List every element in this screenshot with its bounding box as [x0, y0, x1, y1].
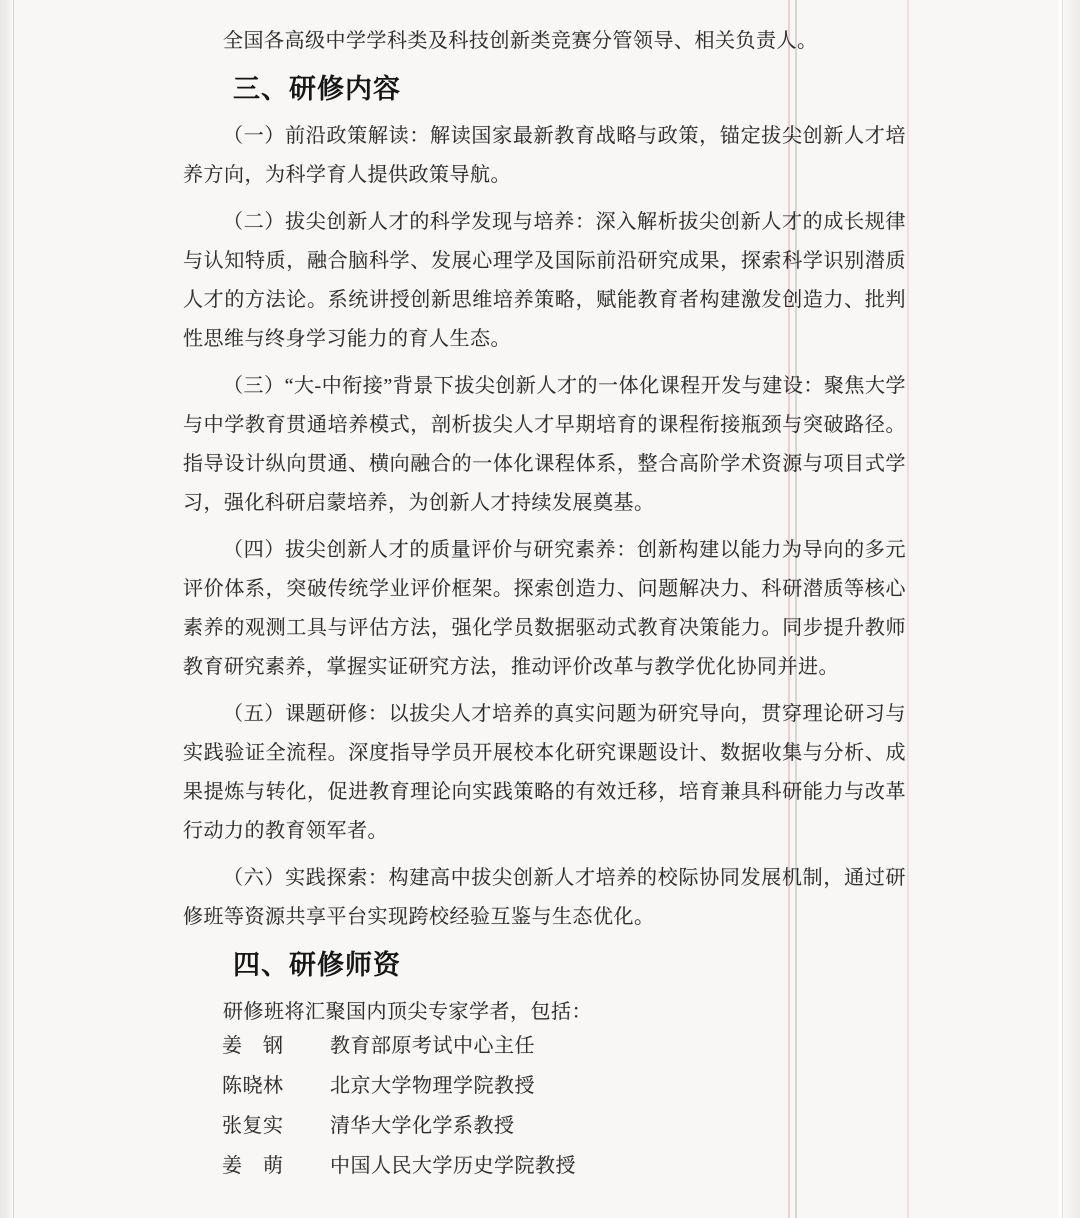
section-heading-faculty: 四、研修师资 [183, 945, 906, 985]
page-left-edge-shadow [0, 0, 14, 1218]
content-paragraph-5: （五）课题研修：以拔尖人才培养的真实问题为研究导向，贯穿理论研习与实践验证全流程… [183, 695, 906, 851]
content-paragraph-3: （三）“大-中衔接”背景下拔尖创新人才的一体化课程开发与建设：聚焦大学与中学教育… [183, 367, 906, 523]
intro-paragraph-tail: 全国各高级中学学科类及科技创新类竞赛分管领导、相关负责人。 [183, 22, 906, 61]
faculty-title: 北京大学物理学院教授 [330, 1066, 906, 1106]
faculty-name: 陈晓林 [222, 1066, 330, 1106]
faculty-title: 教育部原考试中心主任 [330, 1026, 906, 1066]
scan-fold-line-pink-2 [907, 0, 909, 1218]
document-content: 全国各高级中学学科类及科技创新类竞赛分管领导、相关负责人。 三、研修内容 （一）… [183, 0, 906, 1186]
faculty-name: 张复实 [222, 1106, 330, 1146]
faculty-name: 姜 钢 [222, 1026, 330, 1066]
scan-fold-line-white [1059, 0, 1061, 1218]
scanned-document-page: 全国各高级中学学科类及科技创新类竞赛分管领导、相关负责人。 三、研修内容 （一）… [0, 0, 1080, 1218]
faculty-name: 姜 萌 [222, 1146, 330, 1186]
page-right-edge-shadow [1063, 0, 1080, 1218]
faculty-row-1: 姜 钢 教育部原考试中心主任 [183, 1026, 906, 1066]
faculty-row-4: 姜 萌 中国人民大学历史学院教授 [183, 1146, 906, 1186]
content-paragraph-4: （四）拔尖创新人才的质量评价与研究素养：创新构建以能力为导向的多元评价体系，突破… [183, 531, 906, 687]
faculty-list: 姜 钢 教育部原考试中心主任 陈晓林 北京大学物理学院教授 张复实 清华大学化学… [183, 1026, 906, 1186]
faculty-row-3: 张复实 清华大学化学系教授 [183, 1106, 906, 1146]
content-paragraph-2: （二）拔尖创新人才的科学发现与培养：深入解析拔尖创新人才的成长规律与认知特质，融… [183, 203, 906, 359]
content-paragraph-1: （一）前沿政策解读：解读国家最新教育战略与政策，锚定拔尖创新人才培养方向，为科学… [183, 117, 906, 195]
faculty-row-2: 陈晓林 北京大学物理学院教授 [183, 1066, 906, 1106]
faculty-title: 中国人民大学历史学院教授 [330, 1146, 906, 1186]
section-heading-training-content: 三、研修内容 [183, 69, 906, 109]
faculty-title: 清华大学化学系教授 [330, 1106, 906, 1146]
content-paragraph-6: （六）实践探索：构建高中拔尖创新人才培养的校际协同发展机制，通过研修班等资源共享… [183, 859, 906, 937]
